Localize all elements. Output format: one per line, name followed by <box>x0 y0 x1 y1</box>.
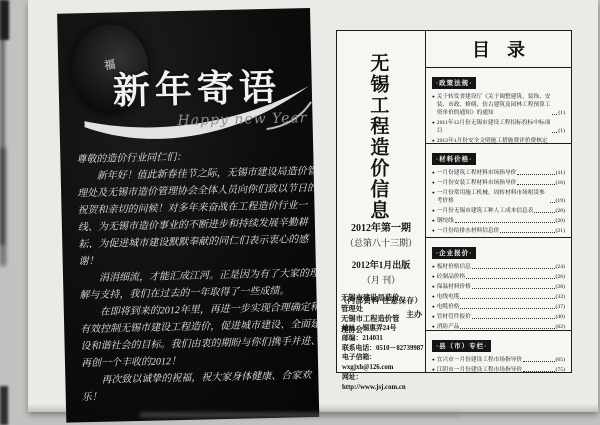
bullet-icon: ● <box>432 356 435 364</box>
toc-item-title: 砼制品价格 <box>437 273 465 281</box>
bullet-icon: ● <box>432 189 435 197</box>
toc-item: ●一月份给排水材料信息价(21) <box>432 227 565 235</box>
bullet-icon: ● <box>432 283 435 291</box>
toc-item: ●消防产品(62) <box>432 323 565 331</box>
dotted-leader <box>500 232 554 233</box>
journal-cover-box: 无锡工程造价信息 2012年第一期 （总第八十三期） 2012年1月出版 （月 … <box>336 30 572 373</box>
contact-address: 地址：锡惠弄24号 <box>342 324 425 334</box>
letter-paragraph: 涓涓细流，才能汇成江河。正是因为有了大家的理解与支持，我们在过去的一年取得了一些… <box>79 265 319 304</box>
bullet-icon: ● <box>432 293 435 301</box>
bullet-icon: ● <box>432 303 435 311</box>
contact-zip: 邮编：214031 <box>342 334 425 344</box>
toc-item-title: 2012年1月份安全文明施工措施费评价费核定情况汇总（无锡市区、宜兴） <box>437 137 552 145</box>
toc-item-title: 一月份无锡市建筑工种人工成本信息表 <box>437 207 534 215</box>
toc-item-page: (19) <box>556 197 565 205</box>
dotted-leader <box>552 114 557 115</box>
toc-section-county: ·县（市）专栏· ●宜兴市一月份建设工程市场指导价(65) ●江阴市一月份建设工… <box>426 331 571 372</box>
toc-item-title: 一月份建筑工程材料市场指导价 <box>437 169 517 177</box>
toc-item-page: (20) <box>556 217 565 225</box>
letter-paragraph: 再次致以诚挚的祝福，祝大家身体健康、合家欢乐！ <box>81 367 319 406</box>
greeting-letter: 尊敬的造价行业同仁们： 新年好！值此新春佳节之际，无锡市建设局造价管理处及无锡市… <box>76 146 319 406</box>
dotted-leader <box>523 361 554 362</box>
publish-date: 2012年1月出版 <box>337 258 425 271</box>
toc-item-title: 保温材料价格 <box>437 283 471 291</box>
bullet-icon: ● <box>432 119 435 127</box>
toc-item-page: (24) <box>556 263 565 271</box>
toc-item: ●一月份无锡市建筑工种人工成本信息表(20) <box>432 207 565 215</box>
toc-item-page: (65) <box>556 356 565 364</box>
toc-item: ●保温材料价格(28) <box>432 283 565 291</box>
bullet-icon: ● <box>432 227 435 235</box>
toc-item: ●一月份安装工程材料市场指导价(16) <box>432 179 565 187</box>
toc-item: ●一月份建筑工程材料市场指导价(11) <box>432 169 565 177</box>
dotted-leader <box>455 222 555 223</box>
toc-item-title: 宜兴市一月份建设工程市场指导价 <box>437 356 522 364</box>
bullet-icon: ● <box>432 273 435 281</box>
toc-item-page: (62) <box>556 323 565 331</box>
letter-paragraph: 新年好！值此新春佳节之际，无锡市建设局造价管理处及无锡市造价管理协会全体人员向你… <box>77 163 319 270</box>
scan-artifact <box>0 0 5 245</box>
toc-item-page: (20) <box>556 207 565 215</box>
toc-item-page: (11) <box>556 169 565 177</box>
dotted-leader <box>523 371 554 372</box>
new-year-greeting-page: 福 新年寄语 Happy new Year 尊敬的造价行业同仁们： 新年好！值此… <box>57 8 319 423</box>
contact-email: 电子信箱：wxgjxh@126.com <box>342 353 425 373</box>
bullet-icon: ● <box>432 217 435 225</box>
dotted-leader <box>460 298 554 299</box>
toc-title: 目录 <box>455 36 542 62</box>
toc-item: ●砼制品价格(26) <box>432 273 565 281</box>
bullet-icon: ● <box>432 207 435 215</box>
dotted-leader <box>460 328 554 329</box>
toc-item: ●宜兴市一月份建设工程市场指导价(65) <box>432 356 565 364</box>
dotted-leader <box>466 278 554 279</box>
toc-item-title: 钢绞线 <box>437 217 454 225</box>
bullet-icon: ● <box>432 137 435 145</box>
scan-artifact <box>0 386 8 425</box>
cover-left-column: 无锡工程造价信息 2012年第一期 （总第八十三期） 2012年1月出版 （月 … <box>337 31 426 372</box>
toc-item: ●电缆价格(37) <box>432 303 565 311</box>
toc-item: ●管材管件报价(40) <box>432 313 565 321</box>
dotted-leader <box>552 132 557 133</box>
contact-phone: 联系电话：0510－82739987 <box>342 344 425 354</box>
bullet-icon: ● <box>432 169 435 177</box>
toc-column: 目录 ·政策法规· ●关于转发省建设厅《关于调整建筑、装饰、安装、市政、修缮、仿… <box>426 31 571 372</box>
dotted-leader <box>472 318 555 319</box>
section-badge-policy: ·政策法规· <box>432 77 476 89</box>
dotted-leader <box>517 184 554 185</box>
toc-item-page: (75) <box>556 366 565 373</box>
toc-item-title: 一月份给排水材料信息价 <box>437 227 500 235</box>
bullet-icon: ● <box>432 93 435 101</box>
toc-item-page: (21) <box>556 227 565 235</box>
section-badge-material: ·材料价格· <box>432 153 476 165</box>
toc-item-page: (1) <box>558 109 565 117</box>
dotted-leader <box>460 308 554 309</box>
journal-title: 无锡工程造价信息 <box>365 53 392 233</box>
toc-item-title: 2011年12月份无锡市建设工程招标投标中标项目 <box>437 119 552 135</box>
bullet-icon: ● <box>432 366 435 373</box>
dotted-leader <box>534 212 554 213</box>
dotted-leader <box>550 202 555 203</box>
toc-item: ●2011年12月份无锡市建设工程招标投标中标项目(1) <box>432 119 565 135</box>
toc-section-policy: ·政策法规· ●关于转发省建设厅《关于调整建筑、装饰、安装、市政、修缮、仿古建筑… <box>426 68 571 144</box>
issue-total: （总第八十三期） <box>337 236 425 249</box>
toc-section-enterprise: ·企业报价· ●板材价格信息(24) ●砼制品价格(26) ●保温材料价格(28… <box>426 238 571 331</box>
toc-item-title: 管材管件报价 <box>437 313 471 321</box>
publish-frequency: （月 刊） <box>337 273 425 286</box>
publisher-role: 主办 <box>406 309 422 320</box>
bullet-icon: ● <box>432 313 435 321</box>
toc-item-page: (28) <box>556 283 565 291</box>
toc-item-page: (32) <box>556 293 565 301</box>
toc-item: ●江阴市一月份建设工程市场指导价(75) <box>432 366 565 373</box>
toc-item-title: 板材价格信息 <box>437 263 471 271</box>
toc-item-page: (37) <box>556 303 565 311</box>
toc-item-title: 一月份安装工程材料市场指导价 <box>437 179 517 187</box>
toc-item-page: (40) <box>556 313 565 321</box>
toc-item-page: (26) <box>556 273 565 281</box>
publisher-org-1: 无锡市建设局造价管理处 <box>341 293 405 314</box>
bullet-icon: ● <box>432 263 435 271</box>
bullet-icon: ● <box>432 179 435 187</box>
dotted-leader <box>472 288 555 289</box>
letter-paragraph: 在即将到来的2012年里，再进一步实现合理确定和有效控制无锡市建设工程造价，促进… <box>80 299 320 372</box>
contact-block: 地址：锡惠弄24号 邮编：214031 联系电话：0510－82739987 电… <box>342 324 425 393</box>
toc-item-page: (1) <box>558 127 565 135</box>
scanned-page-spread: 福 新年寄语 Happy new Year 尊敬的造价行业同仁们： 新年好！值此… <box>0 0 600 425</box>
issue-number: 2012年第一期 <box>337 219 425 234</box>
page-title: 新年寄语 <box>112 57 281 115</box>
toc-item: ●2012年1月份安全文明施工措施费评价费核定情况汇总（无锡市区、宜兴）(5) <box>432 137 565 145</box>
scan-artifact <box>140 413 460 417</box>
toc-header: 目录 <box>426 31 571 68</box>
toc-item-title: 一月份常用施工机械、周转材料市场租赁参考价格 <box>437 189 549 205</box>
toc-item: ●电线电缆(32) <box>432 293 565 301</box>
bullet-icon: ● <box>432 323 435 331</box>
toc-item-title: 电缆价格 <box>437 303 460 311</box>
toc-section-material: ·材料价格· ●一月份建筑工程材料市场指导价(11) ●一月份安装工程材料市场指… <box>426 144 571 238</box>
contact-website: 网址：http://www.jsj.com.cn <box>342 373 425 393</box>
toc-item-title: 关于转发省建设厅《关于调整建筑、装饰、安装、市政、修缮、仿古建筑及园林工程预算工… <box>437 93 552 117</box>
dotted-leader <box>472 268 555 269</box>
toc-item-title: 电线电缆 <box>437 293 460 301</box>
toc-item-page: (16) <box>556 179 565 187</box>
section-badge-county: ·县（市）专栏· <box>432 340 491 352</box>
toc-item-title: 江阴市一月份建设工程市场指导价 <box>437 366 522 373</box>
toc-item: ●钢绞线(20) <box>432 217 565 225</box>
page-subtitle: Happy new Year <box>177 110 307 129</box>
toc-item-title: 消防产品 <box>437 323 460 331</box>
toc-item: ●板材价格信息(24) <box>432 263 565 271</box>
toc-item: ●关于转发省建设厅《关于调整建筑、装饰、安装、市政、修缮、仿古建筑及园林工程预算… <box>432 93 565 117</box>
dotted-leader <box>517 174 554 175</box>
section-badge-enterprise: ·企业报价· <box>432 247 476 259</box>
toc-item: ●一月份常用施工机械、周转材料市场租赁参考价格(19) <box>432 189 565 205</box>
